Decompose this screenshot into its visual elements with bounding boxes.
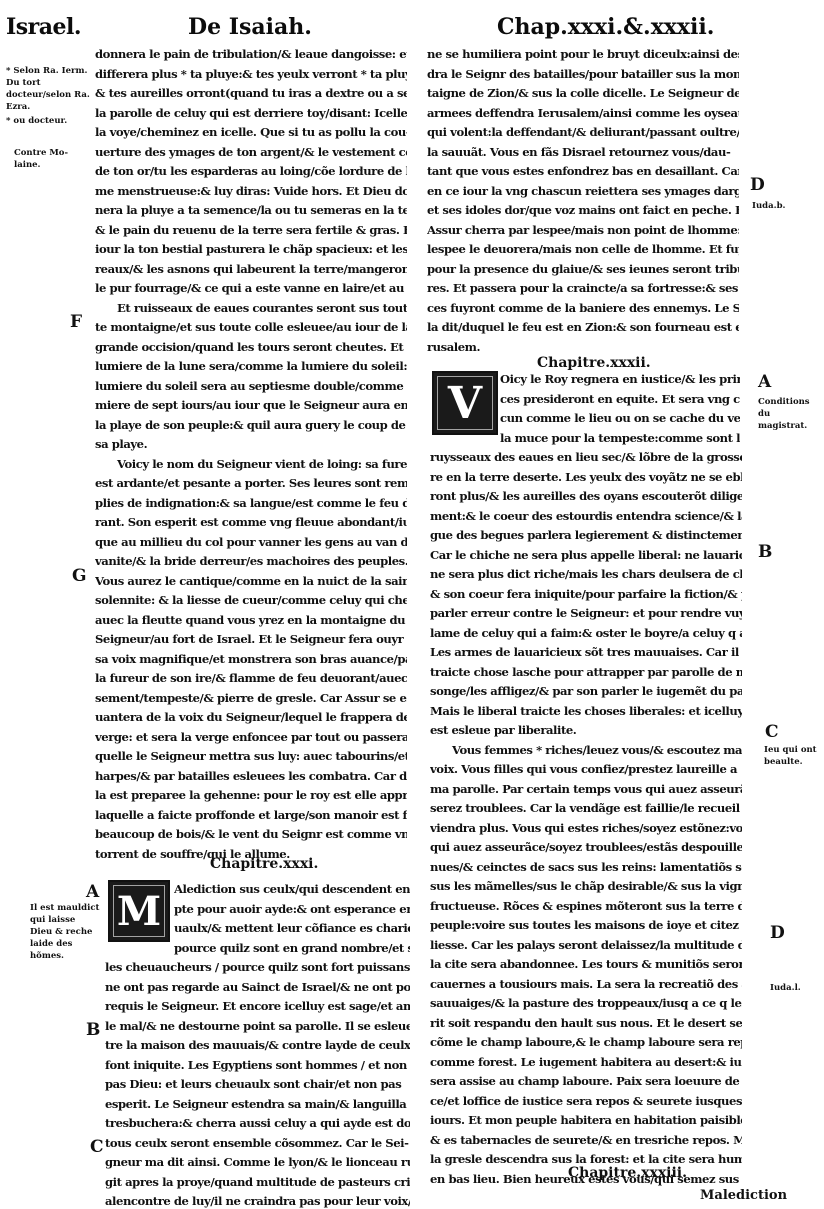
text-line: & es tabernacles de seurete/& en tresric… [430,1131,742,1151]
text-line: viendra plus. Vous qui estes riches/soye… [430,819,742,839]
text-line: qui volent:la deffendant/& deliurant/pas… [427,123,739,143]
text-line: ce/et loffice de iustice sera repos & se… [430,1092,742,1112]
margin-note-iuda-l: Iuda.l. [770,982,822,994]
text-line: traicte chose lasche pour attrapper par … [430,663,742,683]
margin-note-beaulte: Ieu qui ont beaulte. [764,744,822,768]
text-line: sus les mãmelles/sus le chãp desirable/&… [430,877,742,897]
text-line: ces fuyront comme de la baniere des enne… [427,299,739,319]
text-line: la cite sera abandonnee. Les tours & mun… [430,955,742,975]
chapter-xxxii-body: ruysseaux des eaues en lieu sec/& lõbre … [430,448,742,1189]
text-line: et ses idoles dor/que voz mains ont faic… [427,201,739,221]
text-line: cõme le champ laboure,& le champ laboure… [430,1033,742,1053]
text-line: alencontre de luy/il ne craindra pas pou… [105,1192,410,1209]
text-line: cauernes a tousiours mais. La sera la re… [430,975,742,995]
text-line: la voye/cheminez en icelle. Que si tu as… [95,123,407,143]
text-line: la sauuãt. Vous en fãs Disrael retournez… [427,143,739,163]
margin-letter-g: G [72,566,87,586]
chapter-heading-xxxiii: Chapitre.xxxiii. [568,1165,687,1181]
text-line: lumiere du soleil sera au septiesme doub… [95,377,407,397]
text-line: ma parolle. Par certain temps vous qui a… [430,780,742,800]
text-line: ne ont pas regarde au Sainct de Israel/&… [105,978,410,998]
text-line: dra le Seignr des batailles/pour bataill… [427,65,739,85]
text-line: le pur fourrage/& ce qui a este vanne en… [95,279,407,299]
text-line: harpes/& par batailles esleuees les comb… [95,767,407,787]
text-line: tant que vous estes enfondrez bas en des… [427,162,739,182]
text-line: le mal/& ne destourne point sa parolle. … [105,1017,410,1037]
margin-letter-d: D [750,175,765,195]
text-line: gue des begues parlera legierement & dis… [430,526,742,546]
text-line: iours. Et mon peuple habitera en habitat… [430,1111,742,1131]
text-line: me menstrueuse:& luy diras: Vuide hors. … [95,182,407,202]
text-line: solennite: & la liesse de cueur/comme ce… [95,591,407,611]
text-line: lumiere de la lune sera/comme la lumiere… [95,357,407,377]
running-header-right: Chap.xxxi.&.xxxii. [497,14,714,40]
text-line: la fureur de son ire/& flamme de feu deu… [95,669,407,689]
text-line: beaucoup de bois/& le vent du Seignr est… [95,825,407,845]
text-line: tresbuchera:& cherra aussi celuy a qui a… [105,1114,410,1134]
text-line: nera la pluye a ta semence/la ou tu seme… [95,201,407,221]
chapter-xxxi-dropcap-lines: Alediction sus ceulx/qui descendent en E… [174,880,410,958]
running-header-center: De Isaiah. [188,14,312,40]
text-line: reaux/& les asnons qui labeurent la terr… [95,260,407,280]
text-line: quelle le Seigneur mettra sus luy: auec … [95,747,407,767]
text-line: comme forest. Le iugement habitera au de… [430,1053,742,1073]
text-line: ces presideront en equite. Et sera vng c… [500,390,740,410]
text-line: ment:& le coeur des estourdis entendra s… [430,507,742,527]
text-line: Seigneur/au fort de Israel. Et le Seigne… [95,630,407,650]
margin-letter-a-right: A [758,372,771,392]
text-line: uantera de la voix du Seigneur/lequel le… [95,708,407,728]
text-line: esperit. Le Seigneur estendra sa main/& … [105,1095,410,1115]
margin-note-mauldict: Il est mauldict qui laisse Dieu & reche … [30,902,100,962]
text-line: la est preparee la gehenne: pour le roy … [95,786,407,806]
text-line: sa voix magnifique/et monstrera son bras… [95,650,407,670]
text-line: grande occision/quand les tours seront c… [95,338,407,358]
text-line: & son coeur fera iniquite/pour parfaire … [430,585,742,605]
text-line: Et ruisseaux de eaues courantes seront s… [95,299,407,319]
text-line: la dit/duquel le feu est en Zion:& son f… [427,318,739,338]
chapter-xxxii-dropcap-lines: Oicy le Roy regnera en iustice/& les pri… [500,370,740,448]
text-line: requis le Seigneur. Et encore icelluy es… [105,997,410,1017]
text-line: uerture des ymages de ton argent/& le ve… [95,143,407,163]
left-text-column: donnera le pain de tribulation/& leaue d… [95,45,407,864]
text-line: la parolle de celuy qui est derriere toy… [95,104,407,124]
text-line: miere de sept iours/au iour que le Seign… [95,396,407,416]
text-line: armees deffendra Ierusalem/ainsi comme l… [427,104,739,124]
text-line: sa playe. [95,435,407,455]
dropcap-letter: M [117,888,161,935]
text-line: laquelle a faicte proffonde et large/son… [95,806,407,826]
text-line: Car le chiche ne sera plus appelle liber… [430,546,742,566]
right-text-column: ne se humiliera point pour le bruyt dice… [427,45,739,357]
text-line: tous ceulx seront ensemble cõsommez. Car… [105,1134,410,1154]
text-line: lespee le deuorera/mais non celle de lho… [427,240,739,260]
text-line: re en la terre deserte. Les yeulx des vo… [430,468,742,488]
text-line: Vous aurez le cantique/comme en la nuict… [95,572,407,592]
text-line: Voicy le nom du Seigneur vient de loing:… [95,455,407,475]
text-line: pas Dieu: et leurs cheuaulx sont chair/e… [105,1075,410,1095]
text-line: Vous femmes * riches/leuez vous/& escout… [430,741,742,761]
margin-letter-b: B [86,1020,100,1040]
text-line: ne se humiliera point pour le bruyt dice… [427,45,739,65]
text-line: rant. Son esperit est comme vng fleuue a… [95,513,407,533]
dropcap-m: M [108,880,170,942]
text-line: les cheuaucheurs / pource quilz sont for… [105,958,410,978]
chapter-heading-xxxii: Chapitre.xxxii. [537,355,651,371]
book-page: Israel. De Isaiah. Chap.xxxi.&.xxxii. do… [0,0,824,1209]
text-line: la playe de son peuple:& quil aura guery… [95,416,407,436]
text-line: tre la maison des mauuais/& contre layde… [105,1036,410,1056]
text-line: sauuaiges/& la pasture des troppeaux/ius… [430,994,742,1014]
text-line: Mais le liberal traicte les choses liber… [430,702,742,722]
text-line: rit soit respandu den hault sus nous. Et… [430,1014,742,1034]
dropcap-v: V [432,371,498,435]
text-line: te montaigne/et sus toute colle esleuee/… [95,318,407,338]
catchword: Malediction [700,1188,787,1203]
text-line: gneur ma dit ainsi. Comme le lyon/& le l… [105,1153,410,1173]
text-line: Les armes de lauaricieux sõt tres mauuai… [430,643,742,663]
text-line: fructueuse. Rõces & espines mõteront sus… [430,897,742,917]
margin-note-contre: Contre Mo-laine. [14,147,88,171]
text-line: parler erreur contre le Seigneur: et pou… [430,604,742,624]
text-line: res. Et passera pour la craincte/a sa fo… [427,279,739,299]
text-line: font iniquite. Les Egyptiens sont hommes… [105,1056,410,1076]
text-line: sera assise au champ laboure. Paix sera … [430,1072,742,1092]
margin-letter-f: F [70,312,82,332]
text-line: pource quilz sont en grand nombre/et sus [174,939,410,959]
text-line: ruysseaux des eaues en lieu sec/& lõbre … [430,448,742,468]
text-line: voix. Vous filles qui vous confiez/prest… [430,760,742,780]
text-line: songe/les affligez/& par son parler le i… [430,682,742,702]
text-line: la muce pour la tempeste:comme sont les [500,429,740,449]
margin-letter-c-right: C [765,722,779,742]
text-line: git apres la proye/quand multitude de pa… [105,1173,410,1193]
chapter-xxxi-body: les cheuaucheurs / pource quilz sont for… [105,958,410,1209]
margin-letter-a: A [86,882,99,902]
margin-note-iuda-b: Iuda.b. [752,200,822,212]
text-line: qui auez asseurãce/soyez troublees/estãs… [430,838,742,858]
margin-note-ou-docteur: * ou docteur. [6,115,92,127]
text-line: vanite/& la bride derreur/es machoires d… [95,552,407,572]
text-line: differera plus * ta pluye:& tes yeulx ve… [95,65,407,85]
text-line: & le pain du reuenu de la terre sera fer… [95,221,407,241]
margin-note-conditions: Conditions du magistrat. [758,396,822,432]
text-line: cun comme le lieu ou on se cache du vent… [500,409,740,429]
text-line: ront plus/& les aureilles des oyans esco… [430,487,742,507]
running-header-left: Israel. [6,14,81,40]
text-line: serez troublees. Car la vendãge est fail… [430,799,742,819]
text-line: nues/& ceinctes de sacs sus les reins: l… [430,858,742,878]
margin-letter-b-right: B [758,542,772,562]
text-line: que au millieu du col pour vanner les ge… [95,533,407,553]
text-line: Alediction sus ceulx/qui descendent en E… [174,880,410,900]
text-line: sement/tempeste/& pierre de gresle. Car … [95,689,407,709]
text-line: de ton or/tu les esparderas au loing/cõe… [95,162,407,182]
text-line: pte pour auoir ayde:& ont esperance en c… [174,900,410,920]
margin-letter-d-right: D [770,923,785,943]
text-line: verge: et sera la verge enfoncee par tou… [95,728,407,748]
text-line: en ce iour la vng chascun reiettera ses … [427,182,739,202]
text-line: ne sera plus dict riche/mais les chars d… [430,565,742,585]
text-line: taigne de Zion/& sus la colle dicelle. L… [427,84,739,104]
text-line: est esleue par liberalite. [430,721,742,741]
text-line: & tes aureilles orront(quand tu iras a d… [95,84,407,104]
text-line: Assur cherra par lespee/mais non point d… [427,221,739,241]
text-line: liesse. Car les palays seront delaissez/… [430,936,742,956]
text-line: donnera le pain de tribulation/& leaue d… [95,45,407,65]
chapter-heading-xxxi: Chapitre.xxxi. [210,856,318,872]
text-line: pour la presence du glaiue/& ses ieunes … [427,260,739,280]
text-line: lame de celuy qui a faim:& oster le boyr… [430,624,742,644]
text-line: uaulx/& mettent leur cõfiance es chariot… [174,919,410,939]
margin-note-selon-ra: * Selon Ra. Ierm. Du tort docteur/selon … [6,65,92,113]
dropcap-letter: V [448,378,482,429]
margin-letter-c: C [90,1137,104,1157]
text-line: est ardante/et pesante a porter. Ses leu… [95,474,407,494]
text-line: peuple:voire sus toutes les maisons de i… [430,916,742,936]
text-line: auec la fleutte quand vous yrez en la mo… [95,611,407,631]
text-line: iour la ton bestial pasturera le chãp sp… [95,240,407,260]
text-line: Oicy le Roy regnera en iustice/& les pri… [500,370,740,390]
text-line: plies de indignation:& sa langue/est com… [95,494,407,514]
